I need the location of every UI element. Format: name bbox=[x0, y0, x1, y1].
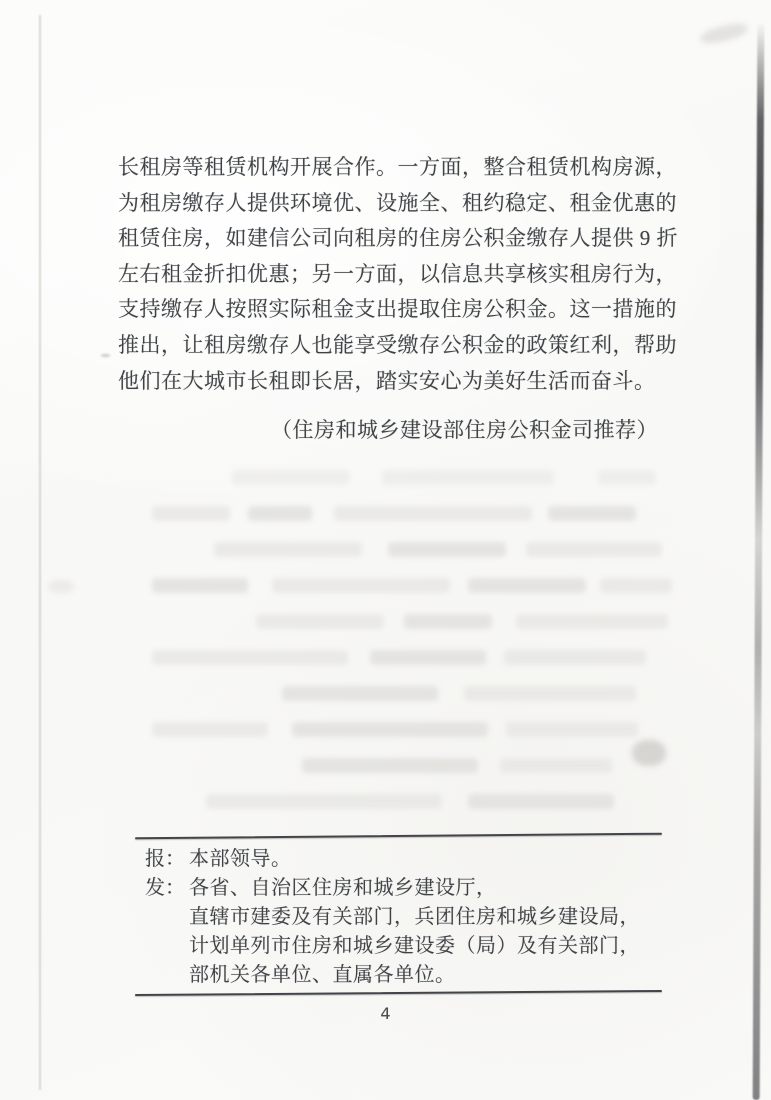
distribution-content: 报： 本部领导。 发： 各省、自治区住房和城乡建设厅， 直辖市建委及有关部门，兵… bbox=[135, 837, 662, 992]
ghost-line bbox=[232, 470, 656, 485]
issue-row: 发： 各省、自治区住房和城乡建设厅， 直辖市建委及有关部门，兵团住房和城乡建设局… bbox=[145, 874, 662, 990]
body-text-line: 为租房缴存人提供环境优、设施全、租约稳定、租金优惠的 bbox=[118, 186, 658, 222]
body-text-line: 租赁住房，如建信公司向租房的住房公积金缴存人提供 9 折 bbox=[118, 221, 658, 257]
report-row: 报： 本部领导。 bbox=[145, 845, 662, 874]
scan-edge-band-right bbox=[753, 22, 765, 1100]
ghost-line bbox=[206, 794, 614, 809]
body-text-line: 左右租金折扣优惠；另一方面，以信息共享核实租房行为， bbox=[118, 257, 658, 293]
report-label: 报： bbox=[145, 845, 189, 874]
margin-smudge bbox=[48, 580, 74, 593]
ghost-line bbox=[152, 506, 636, 521]
distribution-block: 报： 本部领导。 发： 各省、自治区住房和城乡建设厅， 直辖市建委及有关部门，兵… bbox=[135, 835, 662, 994]
body-text-line: 支持缴存人按照实际租金支出提取住房公积金。这一措施的 bbox=[118, 292, 658, 328]
body-text-line: 推出，让租房缴存人也能享受缴存公积金的政策红利，帮助 bbox=[118, 328, 658, 364]
issue-recipient-line: 直辖市建委及有关部门，兵团住房和城乡建设局， bbox=[189, 903, 640, 932]
body-text-line: 他们在大城市长租即长居，踏实安心为美好生活而奋斗。 bbox=[118, 364, 658, 400]
attribution-line: （住房和城乡建设部住房公积金司推荐） bbox=[118, 413, 658, 448]
ghost-line bbox=[152, 722, 638, 737]
issue-recipient-line: 部机关各单位、直属各单位。 bbox=[189, 961, 640, 990]
issue-recipient-line: 计划单列市住房和城乡建设委（局）及有关部门， bbox=[189, 932, 640, 961]
document-page: 长租房等租赁机构开展合作。一方面，整合租赁机构房源， 为租房缴存人提供环境优、设… bbox=[0, 0, 771, 1100]
corner-smudge bbox=[699, 20, 749, 46]
report-value: 本部领导。 bbox=[189, 845, 292, 874]
ghost-line bbox=[152, 578, 672, 593]
ghost-line bbox=[282, 686, 636, 701]
ink-smudge bbox=[632, 740, 666, 766]
issue-recipients: 各省、自治区住房和城乡建设厅， 直辖市建委及有关部门，兵团住房和城乡建设局， 计… bbox=[189, 874, 640, 990]
ghost-line bbox=[302, 758, 612, 773]
issue-label: 发： bbox=[145, 874, 189, 903]
issue-recipient-line: 各省、自治区住房和城乡建设厅， bbox=[189, 874, 640, 903]
ghost-line bbox=[152, 650, 646, 665]
page-number: 4 bbox=[0, 1004, 771, 1023]
ghost-line bbox=[256, 614, 668, 629]
body-text: 长租房等租赁机构开展合作。一方面，整合租赁机构房源， 为租房缴存人提供环境优、设… bbox=[118, 150, 658, 448]
ghost-line bbox=[214, 542, 662, 557]
margin-mark bbox=[101, 354, 110, 357]
body-text-line: 长租房等租赁机构开展合作。一方面，整合租赁机构房源， bbox=[118, 150, 658, 186]
scan-edge-line-left bbox=[39, 15, 41, 1090]
